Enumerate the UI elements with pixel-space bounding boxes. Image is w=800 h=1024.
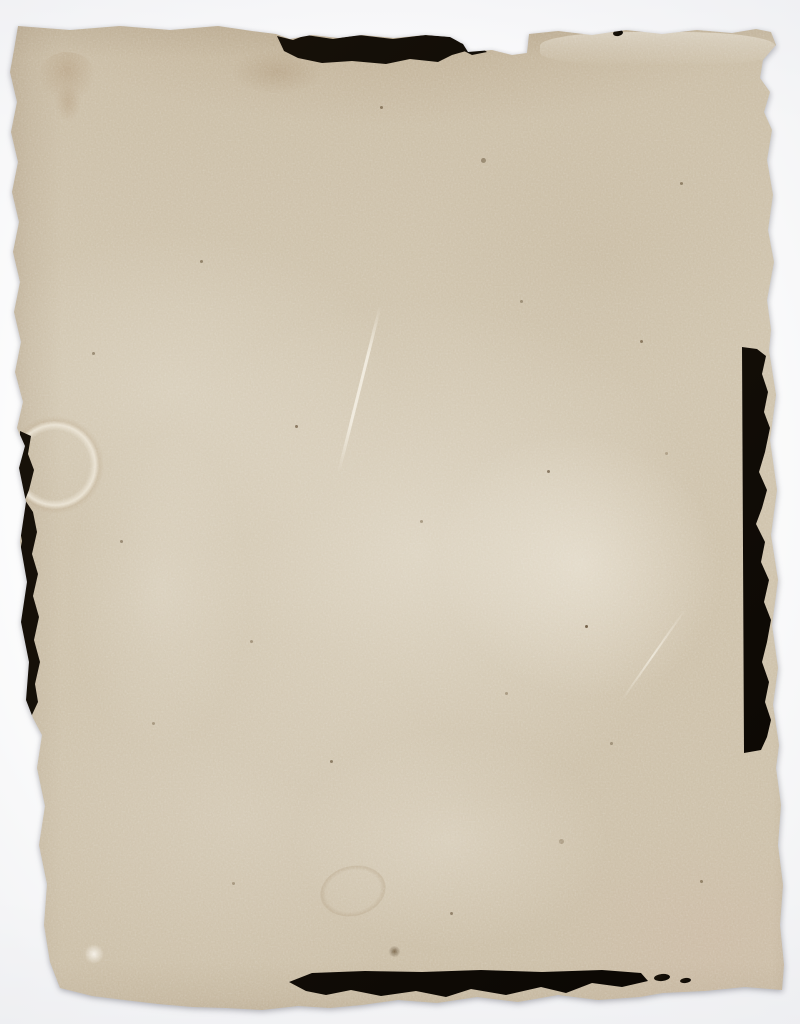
paper-sheet	[0, 0, 800, 1024]
foxing-specks	[0, 0, 3, 3]
paper-sheet-shadow	[0, 0, 800, 1024]
paper-grain-texture	[0, 0, 800, 1024]
photo-stage	[0, 0, 800, 1024]
